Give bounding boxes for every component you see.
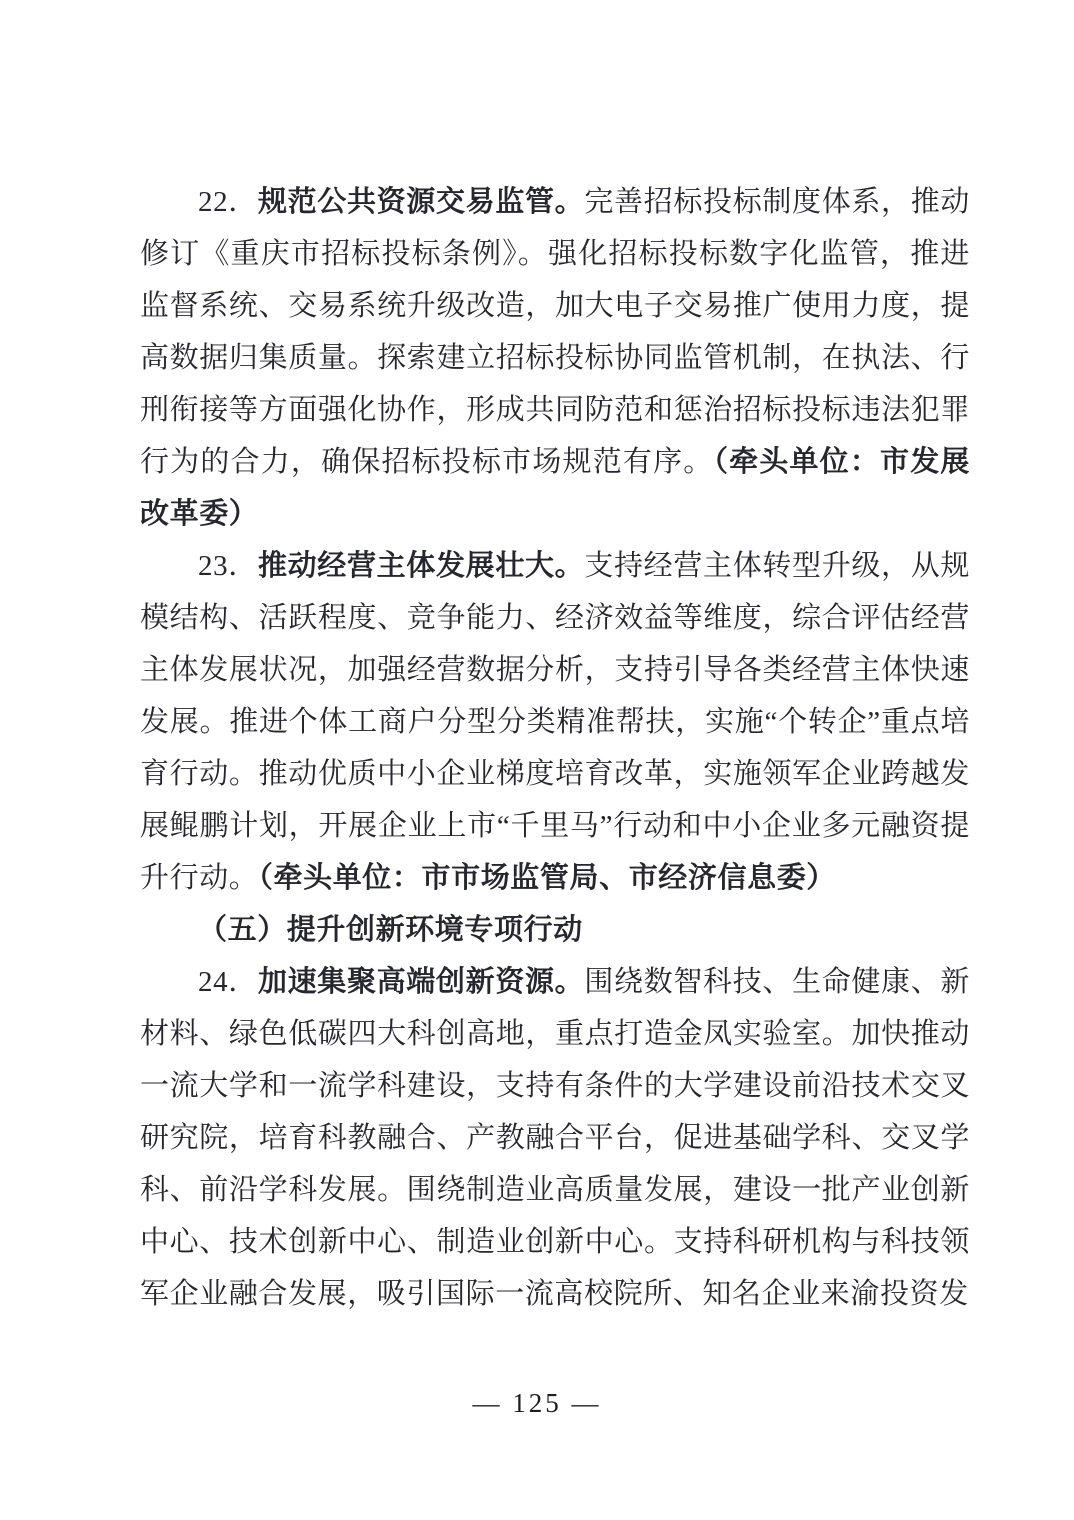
- paragraph-24-number: 24．: [198, 966, 258, 998]
- paragraph-22: 22．规范公共资源交易监管。完善招标投标制度体系，推动修订《重庆市招标投标条例》…: [140, 176, 970, 540]
- paragraph-22-lead: 规范公共资源交易监管。: [258, 186, 584, 218]
- paragraph-22-number: 22．: [198, 186, 258, 218]
- paragraph-24: 24．加速集聚高端创新资源。围绕数智科技、生命健康、新材料、绿色低碳四大科创高地…: [140, 956, 970, 1320]
- paragraph-23-number: 23．: [198, 550, 258, 582]
- document-body: 22．规范公共资源交易监管。完善招标投标制度体系，推动修订《重庆市招标投标条例》…: [140, 176, 970, 1320]
- paragraph-23-lead-unit: （牵头单位：市市场监管局、市经济信息委）: [258, 862, 836, 894]
- section-heading: （五）提升创新环境专项行动: [140, 904, 970, 956]
- paragraph-23: 23．推动经营主体发展壮大。支持经营主体转型升级，从规模结构、活跃程度、竞争能力…: [140, 540, 970, 904]
- paragraph-24-text: 围绕数智科技、生命健康、新材料、绿色低碳四大科创高地，重点打造金凤实验室。加快推…: [140, 966, 970, 1310]
- paragraph-22-text: 完善招标投标制度体系，推动修订《重庆市招标投标条例》。强化招标投标数字化监管，推…: [140, 186, 970, 478]
- paragraph-23-lead: 推动经营主体发展壮大。: [258, 550, 584, 582]
- paragraph-23-text: 支持经营主体转型升级，从规模结构、活跃程度、竞争能力、经济效益等维度，综合评估经…: [140, 550, 970, 894]
- paragraph-24-lead: 加速集聚高端创新资源。: [258, 966, 584, 998]
- page-number: — 125 —: [0, 1388, 1074, 1419]
